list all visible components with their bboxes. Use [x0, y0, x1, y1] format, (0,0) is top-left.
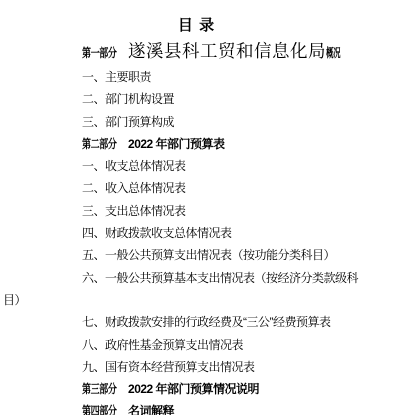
toc-item-part2-1: 一、收支总体情况表 — [82, 155, 414, 177]
toc-item-part2-4: 四、财政拨款收支总体情况表 — [82, 222, 414, 244]
part1-heading: 第一部分遂溪县科工贸和信息化局概况 — [82, 39, 414, 66]
toc-item-part2-9: 九、国有资本经营预算支出情况表 — [82, 356, 414, 378]
part3-title: 2022 年部门预算情况说明 — [128, 382, 259, 396]
part1-label: 第一部分 — [82, 41, 117, 66]
toc-title: 目 录 — [0, 0, 414, 35]
part4-label: 第四部分 — [82, 400, 117, 415]
part2-title: 2022 年部门预算表 — [128, 137, 225, 151]
part1-department-name: 遂溪县科工贸和信息化局 — [128, 41, 326, 61]
toc-item-part2-6-continuation: 目） — [3, 289, 414, 311]
part3-heading: 第三部分2022 年部门预算情况说明 — [82, 378, 414, 400]
document-page: 目 录 第一部分遂溪县科工贸和信息化局概况 一、主要职责 二、部门机构设置 三、… — [0, 0, 414, 415]
toc-item-part2-7: 七、财政拨款安排的行政经费及“三公”经费预算表 — [82, 311, 414, 333]
part2-label: 第二部分 — [82, 133, 117, 155]
toc-item-part1-1: 一、主要职责 — [82, 66, 414, 88]
part4-heading: 第四部分名词解释 — [82, 400, 414, 415]
toc-item-part2-3: 三、支出总体情况表 — [82, 200, 414, 222]
toc-item-part2-6: 六、一般公共预算基本支出情况表（按经济分类款级科 — [82, 267, 414, 289]
toc-item-part2-5: 五、一般公共预算支出情况表（按功能分类科目） — [82, 244, 414, 266]
toc-item-part2-8: 八、政府性基金预算支出情况表 — [82, 334, 414, 356]
part1-suffix: 概况 — [326, 41, 340, 66]
toc-item-part1-3: 三、部门预算构成 — [82, 111, 414, 133]
part4-title: 名词解释 — [128, 404, 174, 415]
part2-heading: 第二部分2022 年部门预算表 — [82, 133, 414, 155]
toc-item-part1-2: 二、部门机构设置 — [82, 88, 414, 110]
toc-item-part2-2: 二、收入总体情况表 — [82, 177, 414, 199]
part3-label: 第三部分 — [82, 378, 117, 400]
